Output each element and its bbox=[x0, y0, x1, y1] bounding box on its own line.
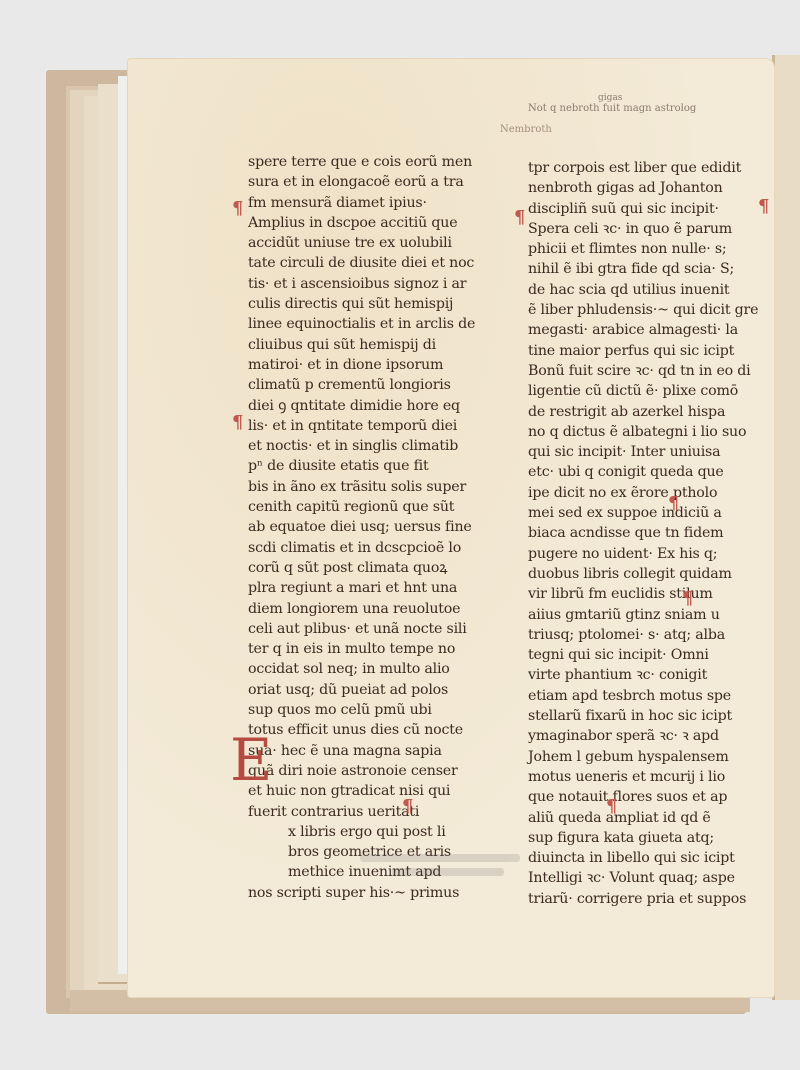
text-line: sup figura kata giueta atq; bbox=[528, 828, 758, 848]
paragraph-mark-icon: ¶ bbox=[232, 198, 243, 219]
paragraph-mark-icon: ¶ bbox=[514, 207, 525, 228]
text-line: scdi climatis et in dcscpcioẽ lo bbox=[248, 538, 475, 558]
text-line: triarũ· corrigere pria et suppos bbox=[528, 889, 758, 909]
left-text-column: spere terre que e cois eorũ men sura et … bbox=[248, 152, 475, 903]
text-line: de restrigit ab azerkel hispa bbox=[528, 402, 758, 422]
text-line: virte phantium ꝛc· conigit bbox=[528, 665, 758, 685]
text-line: de hac scia qd utilius inuenit bbox=[528, 280, 758, 300]
paragraph-mark-icon: ¶ bbox=[758, 196, 769, 217]
text-line: spere terre que e cois eorũ men bbox=[248, 152, 475, 172]
text-line: cliuibus qui sũt hemispij di bbox=[248, 335, 475, 355]
paragraph-mark-icon: ¶ bbox=[682, 588, 693, 609]
text-line: x libris ergo qui post li bbox=[248, 822, 475, 842]
paragraph-mark-icon: ¶ bbox=[402, 796, 413, 817]
text-line: Spera celi ꝛc· in quo ẽ parum bbox=[528, 219, 758, 239]
margin-note: Nembroth bbox=[500, 124, 552, 135]
text-line: tegni qui sic incipit· Omni bbox=[528, 645, 758, 665]
text-line: oriat usq; dũ pueiat ad polos bbox=[248, 680, 475, 700]
text-line: tine maior perfus qui sic icipt bbox=[528, 341, 758, 361]
text-line: matiroi· et in dione ipsorum bbox=[248, 355, 475, 375]
text-line: ligentie cũ dictũ ẽ· plixe comō bbox=[528, 381, 758, 401]
text-line: sura et in elongacoẽ eorũ a tra bbox=[248, 172, 475, 192]
text-line: et huic non gtradicat nisi qui bbox=[248, 781, 475, 801]
text-line: megasti· arabice almagesti· la bbox=[528, 320, 758, 340]
text-line: occidat sol neq; in multo alio bbox=[248, 659, 475, 679]
text-line: Amplius in dscpoe accitiũ que bbox=[248, 213, 475, 233]
text-line: etc· ubi q conigit queda que bbox=[528, 462, 758, 482]
text-line: vir librũ fm euclidis stilum bbox=[528, 584, 758, 604]
text-line: et noctis· et in singlis climatib bbox=[248, 436, 475, 456]
text-line: Johem l gebum hyspalensem bbox=[528, 747, 758, 767]
text-line: qui sic incipit· Inter uniuisa bbox=[528, 442, 758, 462]
text-line: sua· hec ẽ una magna sapia bbox=[248, 741, 475, 761]
text-line: culis directis qui sũt hemispij bbox=[248, 294, 475, 314]
margin-note: gigas bbox=[598, 93, 622, 103]
text-line: nihil ẽ ibi gtra fide qd scia· S; bbox=[528, 259, 758, 279]
text-line: bis in ãno ex trãsitu solis super bbox=[248, 477, 475, 497]
text-line: celi aut plibus· et unã nocte sili bbox=[248, 619, 475, 639]
text-line: Intelligi ꝛc· Volunt quaq; aspe bbox=[528, 868, 758, 888]
text-line: aiius gmtariũ gtinz sniam u bbox=[528, 605, 758, 625]
text-line: ẽ liber phludensis·~ qui dicit gre bbox=[528, 300, 758, 320]
text-line: duobus libris collegit quidam bbox=[528, 564, 758, 584]
adjacent-page-edge bbox=[772, 55, 800, 1000]
text-line: biaca acndisse que tn fidem bbox=[528, 523, 758, 543]
text-line: nenbroth gigas ad Johanton bbox=[528, 178, 758, 198]
text-line: Bonũ fuit scire ꝛc· qd tn in eo di bbox=[528, 361, 758, 381]
text-line: stellarũ fixarũ in hoc sic icipt bbox=[528, 706, 758, 726]
text-line: diei ꝯ qntitate dimidie hore eq bbox=[248, 396, 475, 416]
text-line: ipe dicit no ex ẽrore ptholo bbox=[528, 483, 758, 503]
text-line: fm mensurã diamet ipius· bbox=[248, 193, 475, 213]
text-line: linee equinoctialis et in arclis de bbox=[248, 314, 475, 334]
text-line: diem longiorem una reuolutoe bbox=[248, 599, 475, 619]
text-line: phicii et flimtes non nulle· s; bbox=[528, 239, 758, 259]
text-line: tpr corpois est liber que edidit bbox=[528, 158, 758, 178]
show-through-text bbox=[360, 848, 520, 892]
text-line: corũ q sũt post climata quoꝝ bbox=[248, 558, 475, 578]
text-line: mei sed ex suppoe indiciũ a bbox=[528, 503, 758, 523]
paragraph-mark-icon: ¶ bbox=[232, 412, 243, 433]
text-line: accidũt uniuse tre ex uolubili bbox=[248, 233, 475, 253]
rubricated-initial: E bbox=[230, 731, 272, 789]
margin-note: Not q nebroth fuit magn astrolog bbox=[528, 103, 696, 114]
text-line: cenith capitũ regionũ que sũt bbox=[248, 497, 475, 517]
text-line: que notauit flores suos et ap bbox=[528, 787, 758, 807]
text-line: ymaginabor sperã ꝛc· ꝛ apd bbox=[528, 726, 758, 746]
text-line: motus ueneris et mcurij i lio bbox=[528, 767, 758, 787]
text-line: totus efficit unus dies cũ nocte bbox=[248, 720, 475, 740]
text-line: fuerit contrarius ueritati bbox=[248, 802, 475, 822]
text-line: no q dictus ẽ albategni i lio suo bbox=[528, 422, 758, 442]
text-line: discipliñ suũ qui sic incipit· bbox=[528, 199, 758, 219]
text-line: quã diri noie astronoie censer bbox=[248, 761, 475, 781]
text-line: lis· et in qntitate temporũ diei bbox=[248, 416, 475, 436]
text-line: pugere no uident· Ex his q; bbox=[528, 544, 758, 564]
text-line: triusq; ptolomei· s· atq; alba bbox=[528, 625, 758, 645]
text-line: sup quos mo celũ pmũ ubi bbox=[248, 700, 475, 720]
text-line: aliũ queda ampliat id qd ẽ bbox=[528, 808, 758, 828]
text-line: ter q in eis in multo tempe no bbox=[248, 639, 475, 659]
text-line: tate circuli de diusite diei et noc bbox=[248, 253, 475, 273]
paragraph-mark-icon: ¶ bbox=[606, 796, 617, 817]
text-line: tis· et i ascensioibus signoz i ar bbox=[248, 274, 475, 294]
text-line: diuincta in libello qui sic icipt bbox=[528, 848, 758, 868]
right-text-column: tpr corpois est liber que edidit nenbrot… bbox=[528, 158, 758, 909]
text-line: etiam apd tesbrch motus spe bbox=[528, 686, 758, 706]
text-line: ab equatoe diei usq; uersus fine bbox=[248, 517, 475, 537]
text-line: plra regiunt a mari et hnt una bbox=[248, 578, 475, 598]
text-line: climatũ p crementũ longioris bbox=[248, 375, 475, 395]
text-line: pⁿ de diusite etatis que fit bbox=[248, 456, 475, 476]
paragraph-mark-icon: ¶ bbox=[668, 493, 679, 514]
